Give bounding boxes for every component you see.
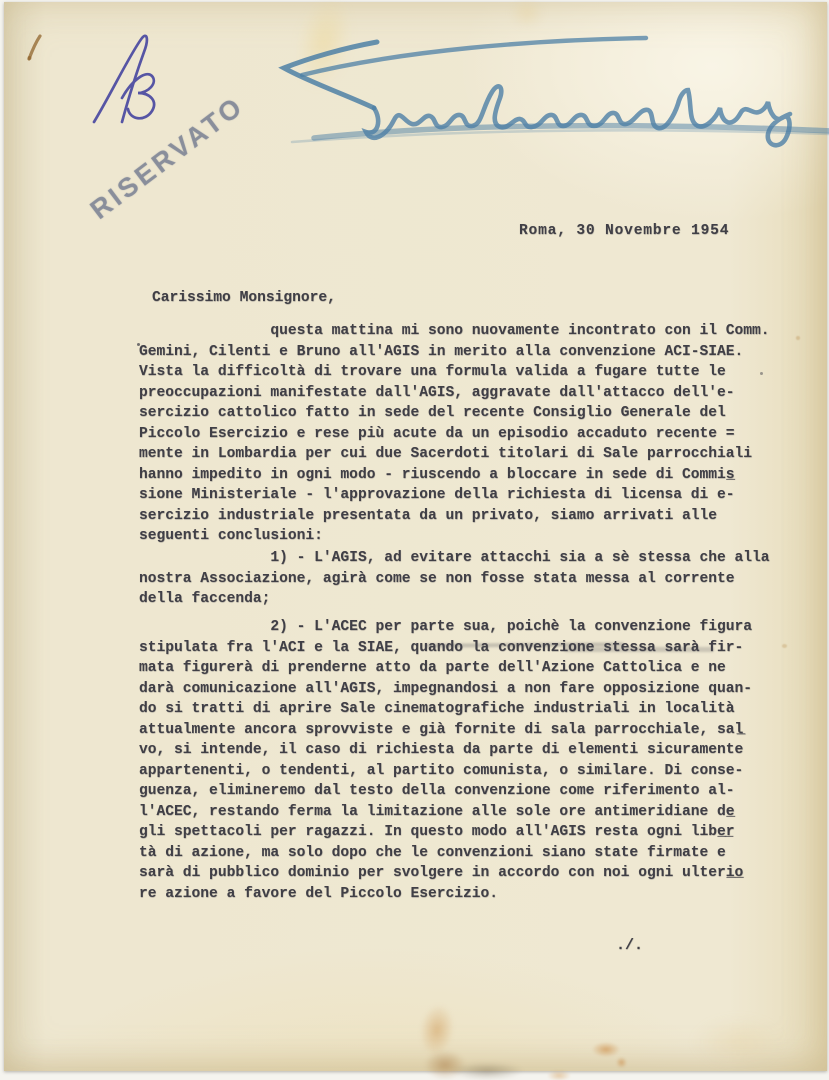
foxing-spot <box>796 336 800 340</box>
paper-stain <box>616 1057 627 1068</box>
paper-stain <box>417 1002 458 1058</box>
handwritten-initials <box>86 30 191 130</box>
continuation-mark: ./. <box>616 936 643 957</box>
paragraph-intro: questa mattina mi sono nuovamente incont… <box>139 321 770 547</box>
ink-smudge-strike <box>564 647 714 652</box>
paper-stain <box>692 1016 784 1068</box>
salutation: Carissimo Monsignore, <box>152 288 336 309</box>
paper-stain <box>592 1042 620 1057</box>
paper-stain <box>450 1062 524 1080</box>
paragraph-point-2: 2) - L'ACEC per parte sua, poichè la con… <box>139 617 752 904</box>
corner-ink-mark <box>26 34 44 62</box>
scanned-letter-page: RISERVATO Roma, 30 Novembre 1954 Carissi… <box>0 0 829 1080</box>
paragraph-point-1: 1) - L'AGIS, ad evitare attacchi sia a s… <box>139 548 770 610</box>
handwritten-presidenza-note <box>254 20 829 160</box>
paper-sheet: RISERVATO Roma, 30 Novembre 1954 Carissi… <box>4 2 827 1071</box>
paper-stain <box>547 1070 571 1080</box>
foxing-spot <box>782 644 787 648</box>
date-line: Roma, 30 Novembre 1954 <box>519 221 729 242</box>
